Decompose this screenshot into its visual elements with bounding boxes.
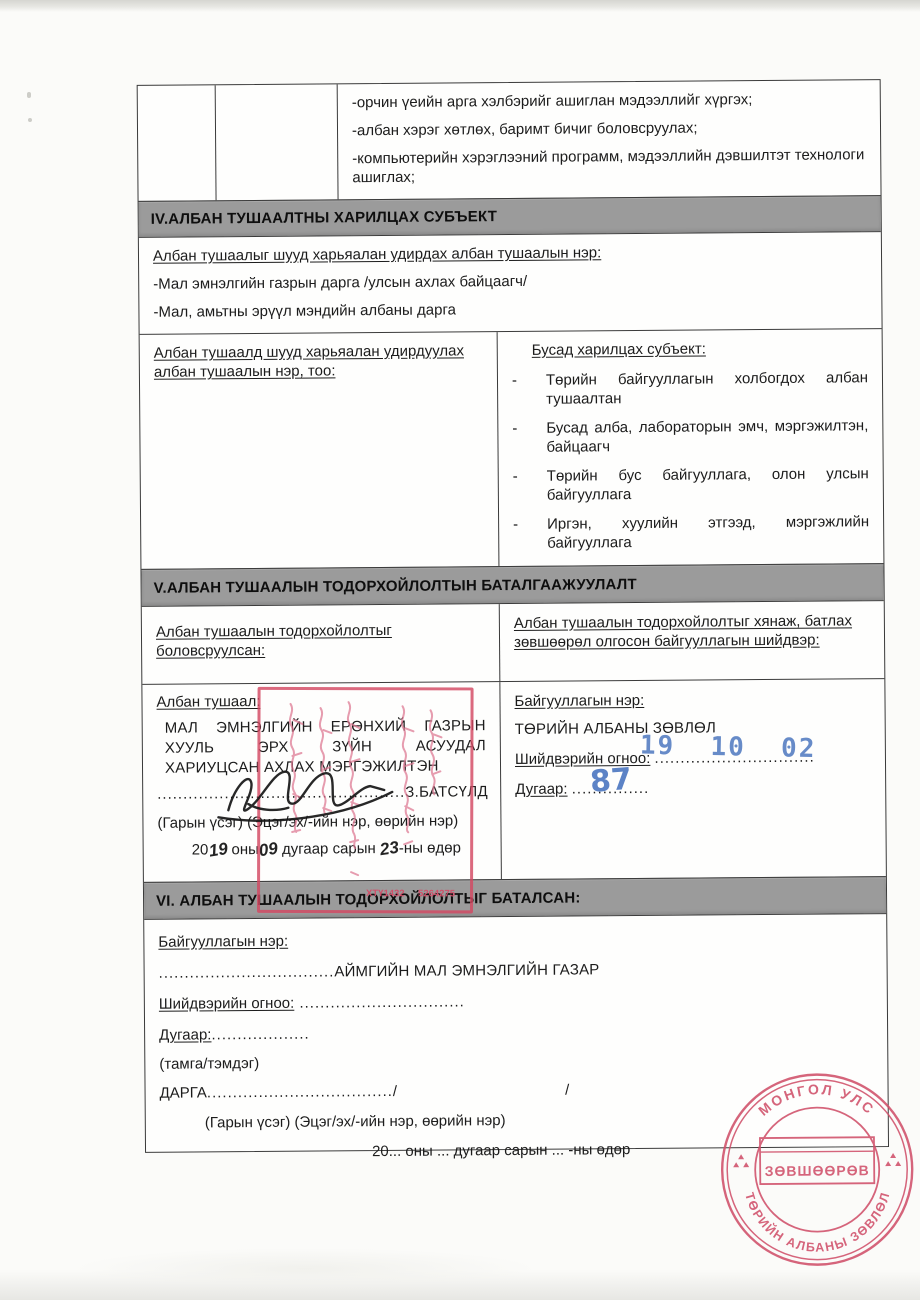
skill-item: -орчин үеийн арга хэлбэрийг ашиглан мэдэ… (352, 89, 866, 112)
decision-date-line: Шийдвэрийн огноо: ......................… (159, 989, 873, 1014)
handwritten-day: 23 (379, 838, 401, 860)
handwritten-number-blue: 87 (589, 762, 633, 800)
developer-name: З.БАТСҮЛД (405, 783, 488, 801)
dash-bullet: - (510, 419, 546, 457)
developer-signature-cell: Албан тушаал: МАЛ ЭМНЭЛГИЙН ЕРӨНХИЙ ГАЗР… (142, 682, 502, 882)
signature-caption: (Гарын үсэг) (Эцэг/эх/-ийн нэр, өөрийн н… (205, 1108, 874, 1132)
subordinates-cell: Албан тушаалд шууд харьяалан удирдуулах … (140, 332, 500, 569)
decision-date-dots: ................................ (294, 993, 465, 1011)
dash-bullet: - (511, 467, 547, 505)
date-printed: 20 (192, 841, 209, 858)
decision-number-label: Дугаар: (159, 1026, 211, 1043)
org-label: Байгууллагын нэр: (158, 927, 872, 952)
scan-artifact-blob (70, 1248, 540, 1290)
signature-name-line: ........................................… (157, 782, 486, 805)
decision-date-label: Шийдвэрийн огноо: (159, 995, 295, 1013)
scan-artifact-top (0, 0, 920, 12)
stamp-note: (тамга/тэмдэг) (159, 1049, 873, 1074)
position-title-line: МАЛ ЭМНЭЛГИЙН ЕРӨНХИЙ ГАЗРЫН (165, 716, 486, 739)
stamp-center-text: ЗӨВШӨӨРӨВ (765, 1162, 870, 1179)
section6-header: VI. АЛБАН ТУШААЛЫН ТОДОРХОЙЛОЛТЫГ БАТАЛС… (144, 876, 886, 919)
slash: / (393, 1083, 397, 1100)
handwritten-year: 19 (207, 839, 229, 861)
section4-header: IV.АЛБАН ТУШААЛТНЫ ХАРИЛЦАХ СУБЪЕКТ (139, 195, 881, 237)
section5-header: V.АЛБАН ТУШААЛЫН ТОДОРХОЙЛОЛТЫН БАТАЛГАА… (141, 563, 883, 606)
signature-dots: ........................................… (157, 784, 405, 803)
skills-list: -орчин үеийн арга хэлбэрийг ашиглан мэдэ… (338, 80, 881, 199)
signature-caption: (Гарын үсэг) (Эцэг/эх/-ийн нэр, өөрийн н… (157, 811, 486, 833)
developer-date-line: 2019 оны09 дугаар сарын 23-ны өдөр (192, 837, 487, 859)
approval-heading: Албан тушаалын тодорхойлолтыг хянаж, бат… (514, 611, 870, 652)
direct-manager-line: -Мал, амьтны эрүүл мэндийн албаны дарга (153, 297, 867, 322)
decision-number-dots: ................... (211, 1026, 309, 1044)
other-subjects-heading: Бусад харилцах субъект: (532, 338, 868, 360)
handwritten-month: 09 (258, 839, 280, 861)
list-item: - Төрийн байгууллагын холбогдох албан ту… (510, 368, 868, 409)
decision-number-line: Дугаар:................... (159, 1020, 873, 1045)
list-item: - Иргэн, хуулийн этгээд, мэргэжлийн байг… (511, 512, 869, 553)
stamp-trefoil-right (885, 1153, 901, 1166)
document-sheet: -орчин үеийн арга хэлбэрийг ашиглан мэдэ… (137, 79, 889, 1153)
skills-col-empty-2 (216, 84, 339, 200)
signature-row: Албан тушаал: МАЛ ЭМНЭЛГИЙН ЕРӨНХИЙ ГАЗР… (142, 678, 886, 882)
org-label: Байгууллагын нэр: (514, 689, 870, 711)
position-label: Албан тушаал: (156, 690, 485, 712)
stamped-date-blue: 19 10 02 (640, 731, 817, 765)
subordinates-heading: Албан тушаалд шууд харьяалан удирдуулах … (154, 341, 483, 382)
decision-number-label: Дугаар: (515, 781, 567, 798)
scan-speck (28, 118, 32, 122)
blank-date-line: 20... оны ... дугаар сарын ... -ны өдөр (372, 1138, 874, 1161)
list-item: - Бусад алба, лабораторын эмч, мэргэжилт… (510, 416, 868, 457)
other-subjects-cell: Бусад харилцах субъект: - Төрийн байгуул… (498, 329, 884, 566)
certification-headings-row: Албан тушаалын тодорхойлолтыг боловсруул… (142, 600, 885, 684)
direct-manager-heading: Албан тушаалыг шууд харьяалан удирдах ал… (153, 241, 867, 266)
approval-heading-cell: Албан тушаалын тодорхойлолтыг хянаж, бат… (500, 601, 885, 681)
developed-heading-cell: Албан тушаалын тодорхойлолтыг боловсруул… (142, 604, 501, 684)
date-printed: оны (227, 841, 259, 858)
other-subject-text: Иргэн, хуулийн этгээд, мэргэжлийн байгуу… (547, 512, 869, 553)
direct-manager-line: -Мал эмнэлгийн газрын дарга /улсын ахлах… (153, 269, 867, 294)
position-title-line: ХАРИУЦСАН АХЛАХ МЭРГЭЖИЛТЭН (165, 756, 486, 779)
skills-col-empty-1 (138, 85, 217, 201)
other-subject-text: Бусад алба, лабораторын эмч, мэргэжилтэн… (546, 416, 868, 457)
skill-item: -компьютерийн хэрэглээний программ, мэдэ… (352, 145, 866, 187)
date-printed: дугаар сарын (278, 840, 380, 858)
slash: / (565, 1081, 569, 1100)
direct-manager-cell: Албан тушаалыг шууд харьяалан удирдах ал… (139, 231, 882, 334)
other-subject-text: Төрийн бус байгууллага, олон улсын байгу… (547, 464, 869, 505)
stamp-bottom-arc-text: ТӨРИЙН АЛБАНЫ ЗӨВЛӨЛ (742, 1190, 893, 1256)
decision-number-line: Дугаар: ............... (515, 777, 871, 799)
scan-speck (27, 92, 31, 98)
developed-heading: Албан тушаалын тодорхойлолтыг боловсруул… (156, 620, 485, 661)
scanned-document-page: { "colors": { "stamp_red": "#d0506a", "h… (0, 0, 920, 1300)
dash-bullet: - (510, 371, 546, 409)
other-subject-text: Төрийн байгууллагын холбогдох албан туша… (546, 368, 868, 409)
dash-bullet: - (511, 515, 547, 553)
director-dots: .................................... (207, 1083, 393, 1101)
skill-item: -албан хэрэг хөтлөх, баримт бичиг боловс… (352, 117, 866, 140)
skills-row: -орчин үеийн арга хэлбэрийг ашиглан мэдэ… (138, 80, 881, 201)
approval-block: Байгууллагын нэр: ......................… (144, 913, 888, 1152)
org-name: АЙМГИЙН МАЛ ЭМНЭЛГИЙН ГАЗАР (334, 961, 599, 980)
org-dots: .................................. (159, 963, 335, 981)
org-line: ..................................АЙМГИЙ… (159, 958, 873, 983)
document-table: -орчин үеийн арга хэлбэрийг ашиглан мэдэ… (137, 79, 889, 1153)
list-item: - Төрийн бус байгууллага, олон улсын бай… (511, 464, 869, 505)
date-printed: -ны өдөр (399, 839, 461, 856)
subjects-row: Албан тушаалд шууд харьяалан удирдуулах … (140, 328, 884, 569)
director-line: ДАРГА...................................… (160, 1078, 874, 1103)
approver-cell: Байгууллагын нэр: ТӨРИЙН АЛБАНЫ ЗӨВЛӨЛ Ш… (500, 679, 886, 879)
director-label: ДАРГА (160, 1084, 207, 1101)
position-title-line: ХУУЛЬ ЭРХ ЗҮЙН АСУУДАЛ (165, 736, 486, 759)
